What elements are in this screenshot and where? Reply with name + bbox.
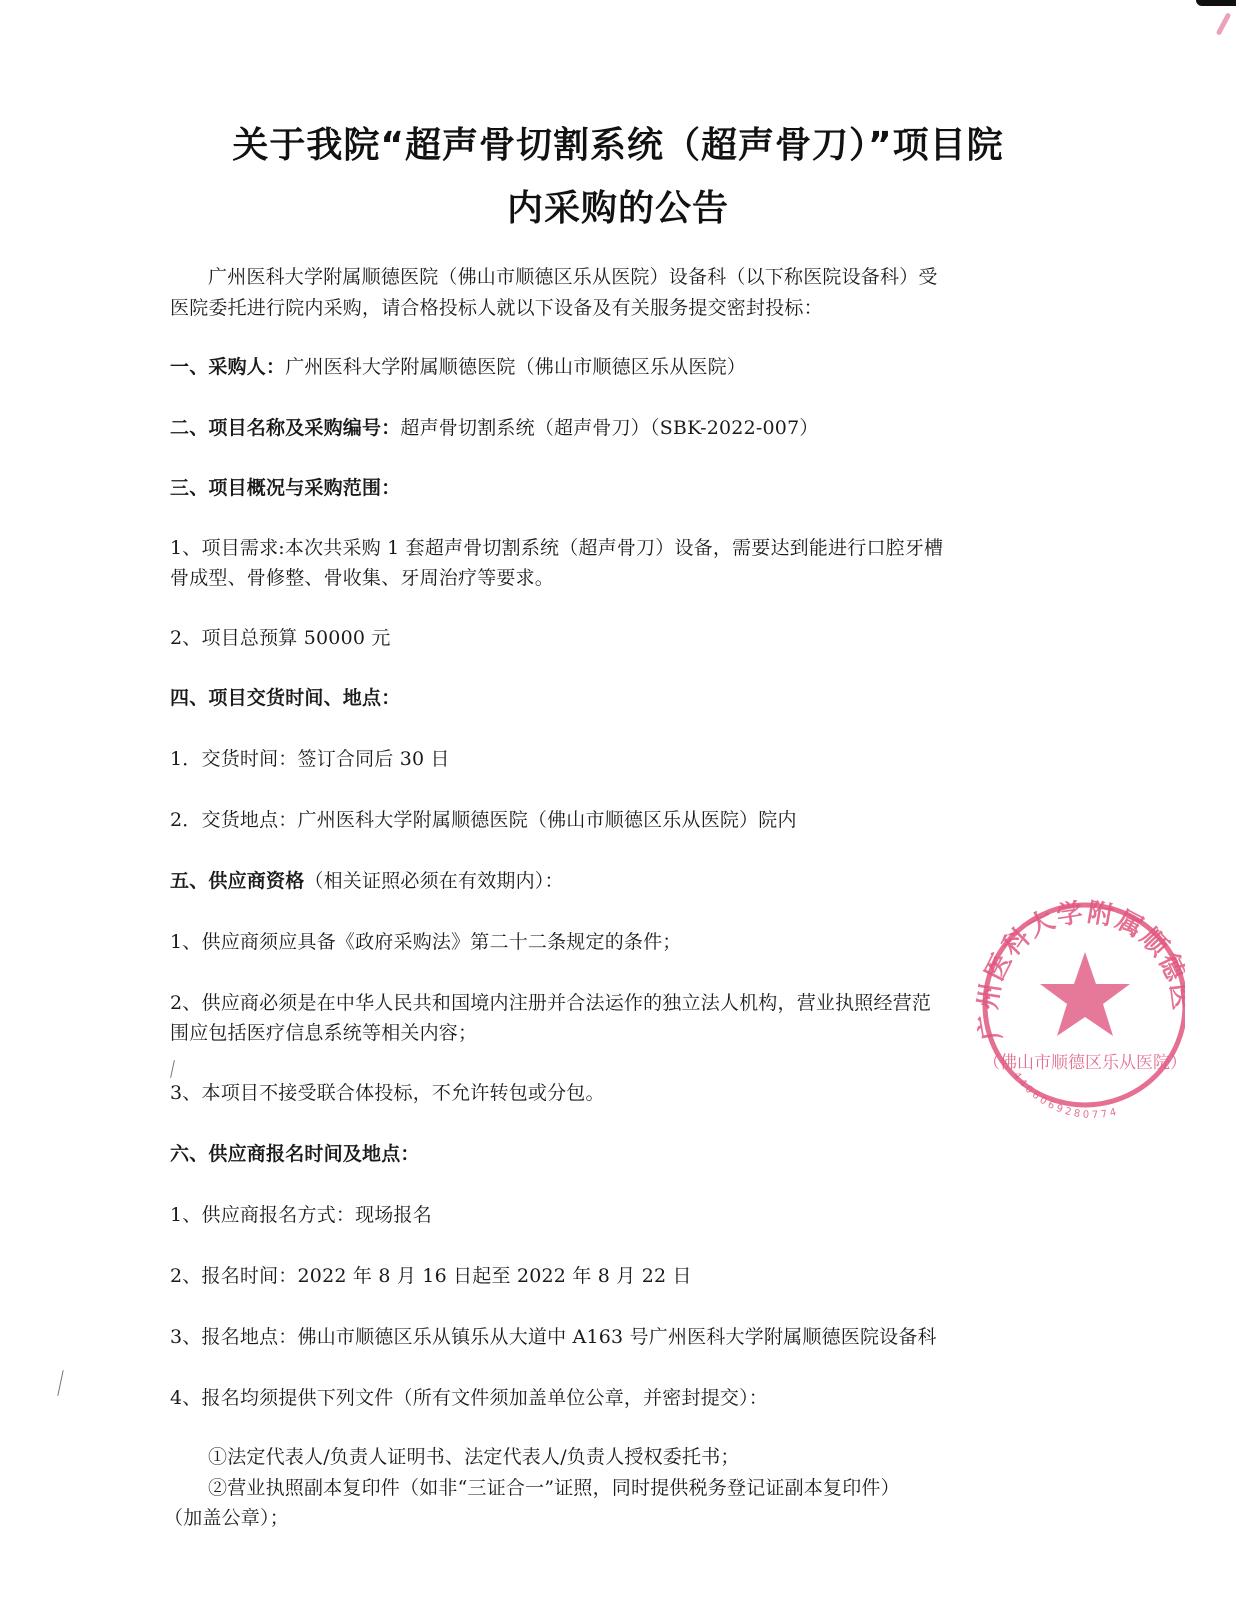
qualification-item2-line2: 围应包括医疗信息系统等相关内容； <box>170 1018 477 1045</box>
section-heading: 四、项目交货时间、地点： <box>170 687 400 709</box>
qualification-item3: 3、本项目不接受联合体投标，不允许转包或分包。 <box>170 1078 605 1105</box>
required-doc2-line2: （加盖公章）； <box>164 1503 289 1530</box>
registration-item3: 3、报名地点：佛山市顺德区乐从镇乐从大道中 A163 号广州医科大学附属顺德医院… <box>170 1322 937 1349</box>
section-delivery-heading: 四、项目交货时间、地点： <box>170 683 400 710</box>
delivery-item2: 2．交货地点：广州医科大学附属顺德医院（佛山市顺德区乐从医院）院内 <box>170 805 797 832</box>
section-project-name: 二、项目名称及采购编号：超声骨切割系统（超声骨刀）（SBK-2022-007） <box>170 413 819 440</box>
seal-serial: 4406069280774 <box>1010 1070 1120 1120</box>
required-doc1: ①法定代表人/负责人证明书、法定代表人/负责人授权委托书； <box>208 1442 740 1469</box>
registration-item4: 4、报名均须提供下列文件（所有文件须加盖单位公章，并密封提交）： <box>170 1383 768 1410</box>
intro-line1: 广州医科大学附属顺德医院（佛山市顺德区乐从医院）设备科（以下称医院设备科）受 <box>208 262 938 289</box>
delivery-item1: 1．交货时间：签订合同后 30 日 <box>170 744 450 771</box>
intro-line2: 医院委托进行院内采购，请合格投标人就以下设备及有关服务提交密封投标： <box>170 293 823 320</box>
margin-mark <box>57 1370 63 1396</box>
official-seal-stamp: 广州医科大学附属顺德医院 （佛山市顺德区乐从医院） 4406069280774 <box>975 890 1185 1120</box>
section-heading: 五、供应商资格 <box>170 870 304 892</box>
section-heading: 二、项目名称及采购编号： <box>170 417 400 439</box>
document-title-line1: 关于我院“超声骨切割系统（超声骨刀）”项目院 <box>0 117 1236 168</box>
section-overview-heading: 三、项目概况与采购范围： <box>170 473 400 500</box>
seal-outer-text: 广州医科大学附属顺德医院 <box>975 890 1185 1042</box>
scan-edge-artifact <box>1196 0 1236 6</box>
registration-item2: 2、报名时间：2022 年 8 月 16 日起至 2022 年 8 月 22 日 <box>170 1261 692 1288</box>
overview-item2: 2、项目总预算 50000 元 <box>170 623 391 650</box>
required-doc2-line1: ②营业执照副本复印件（如非“三证合一”证照，同时提供税务登记证副本复印件） <box>208 1473 900 1500</box>
document-title-line2: 内采购的公告 <box>0 180 1236 231</box>
qualification-item2-line1: 2、供应商必须是在中华人民共和国境内注册并合法运作的独立法人机构，营业执照经营范 <box>170 988 931 1015</box>
section-text: 广州医科大学附属顺德医院（佛山市顺德区乐从医院） <box>285 356 746 378</box>
margin-mark <box>170 1060 175 1078</box>
section-qualification-heading: 五、供应商资格（相关证照必须在有效期内）： <box>170 866 564 893</box>
overview-item1-line2: 骨成型、骨修整、骨收集、牙周治疗等要求。 <box>170 563 554 590</box>
registration-item1: 1、供应商报名方式：现场报名 <box>170 1200 432 1227</box>
section-heading-note: （相关证照必须在有效期内）： <box>304 870 563 892</box>
section-registration-heading: 六、供应商报名时间及地点： <box>170 1139 420 1166</box>
seal-star-icon <box>1040 952 1130 1036</box>
section-purchaser: 一、采购人：广州医科大学附属顺德医院（佛山市顺德区乐从医院） <box>170 352 746 379</box>
section-heading: 六、供应商报名时间及地点： <box>170 1143 420 1165</box>
overview-item1-line1: 1、项目需求:本次共采购 1 套超声骨切割系统（超声骨刀）设备，需要达到能进行口… <box>170 533 943 560</box>
section-text: 超声骨切割系统（超声骨刀）（SBK-2022-007） <box>400 417 818 439</box>
section-heading: 三、项目概况与采购范围： <box>170 477 400 499</box>
document-page: 关于我院“超声骨切割系统（超声骨刀）”项目院 内采购的公告 广州医科大学附属顺德… <box>0 0 1236 1600</box>
ink-mark <box>1216 12 1232 36</box>
qualification-item1: 1、供应商须应具备《政府采购法》第二十二条规定的条件； <box>170 927 682 954</box>
section-heading: 一、采购人： <box>170 356 285 378</box>
seal-ring <box>985 905 1185 1105</box>
seal-inner-text: （佛山市顺德区乐从医院） <box>983 1053 1185 1073</box>
